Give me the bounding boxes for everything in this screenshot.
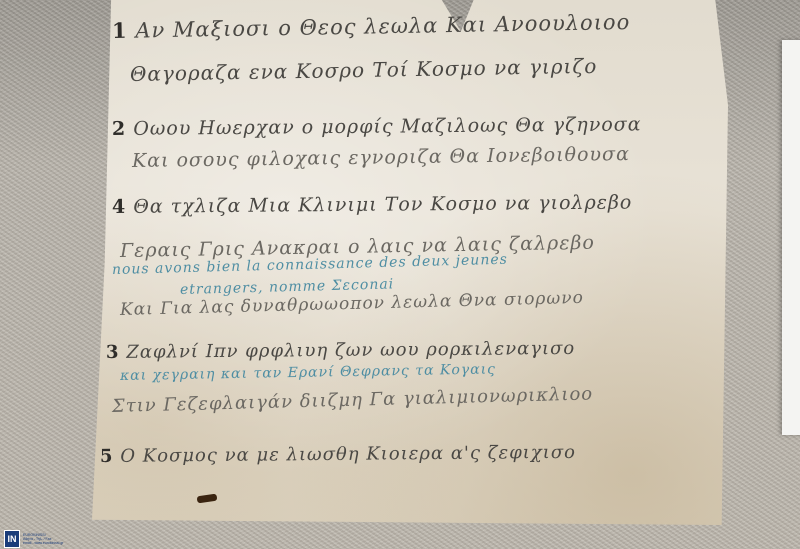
- agency-logo-icon: IN: [4, 530, 20, 548]
- item-number: 5: [100, 446, 114, 467]
- item-number: 2: [112, 118, 126, 140]
- adjacent-paper-edge: [782, 40, 800, 435]
- line-5: 4 Θα τχλιζα Μια Κλινιμι Τον Κοσμο να γιο…: [112, 191, 633, 218]
- item-number: 4: [112, 196, 126, 218]
- line-text: Ζαφλνί Ιπν φρφλιυη ζων ωου ρορκιλεναγισο: [126, 338, 575, 363]
- line-10: 3 Ζαφλνί Ιπν φρφλιυη ζων ωου ρορκιλεναγι…: [106, 338, 575, 363]
- line-text: Θα τχλιζα Μια Κλινιμι Τον Κοσμο να γιολρ…: [133, 191, 632, 217]
- line-text: Ο Κοσμος να με λιωσθη Κιοιερα α'ς ζεφιχι…: [120, 442, 576, 467]
- item-number: 1: [112, 18, 128, 43]
- agency-watermark: IN EUROKINISSI Αθήνα - Τηλ. / Fax email …: [4, 530, 63, 548]
- credit-line: email - www.eurokinissi.gr: [23, 541, 63, 545]
- line-3: 2 Οωου Ηωερχαν ο μορφίς Μαζιλοως Θα γζην…: [112, 113, 642, 140]
- line-13: 5 Ο Κοσμος να με λιωσθη Κιοιερα α'ς ζεφι…: [100, 442, 576, 467]
- line-text: Οωου Ηωερχαν ο μορφίς Μαζιλοως Θα γζηνοσ…: [133, 113, 641, 139]
- agency-credit: EUROKINISSI Αθήνα - Τηλ. / Fax email - w…: [23, 533, 63, 545]
- item-number: 3: [106, 342, 120, 363]
